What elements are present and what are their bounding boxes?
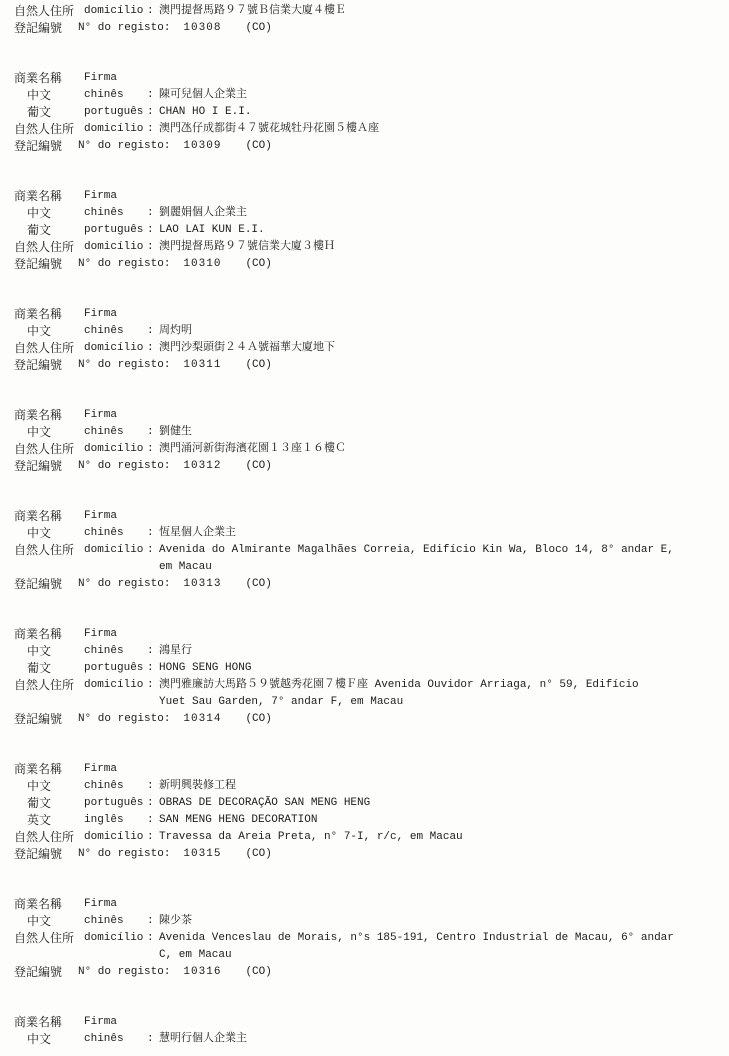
domicile-label-pt: domicílio bbox=[84, 542, 147, 559]
registry-label-pt: N° do registo: bbox=[78, 458, 170, 475]
domicile-label-pt: domicílio bbox=[84, 829, 147, 846]
registry-number: 10315 bbox=[183, 846, 221, 863]
portuguese-label-pt: português bbox=[84, 795, 147, 812]
domicile-label-pt: domicílio bbox=[84, 340, 147, 357]
domicile-value: Travessa da Areia Preta, n° 7-I, r/c, em… bbox=[159, 829, 721, 846]
registry-label-zh: 登記編號 bbox=[14, 846, 78, 863]
registry-entry-10313: 商業名稱 Firma 中文 chinês : 恆星個人企業主 自然人住所 dom… bbox=[14, 508, 721, 593]
firma-label-pt: Firma bbox=[84, 70, 147, 87]
chinese-name-row: 中文 chinês : 周灼明 bbox=[14, 323, 721, 340]
firma-label-zh: 商業名稱 bbox=[14, 306, 84, 323]
domicile-row: 自然人住所 domicílio : 澳門沙梨頭街２４Ａ號福華大廈地下 bbox=[14, 340, 721, 357]
registry-number-row: 登記編號 N° do registo: 10315 (CO) bbox=[14, 846, 721, 863]
registry-entry-10316: 商業名稱 Firma 中文 chinês : 陳少茶 自然人住所 domicíl… bbox=[14, 896, 721, 981]
portuguese-name-value: OBRAS DE DECORAÇÃO SAN MENG HENG bbox=[159, 795, 721, 812]
registry-label-zh: 登記編號 bbox=[14, 138, 78, 155]
firma-row: 商業名稱 Firma bbox=[14, 306, 721, 323]
colon: : bbox=[147, 121, 159, 138]
colon: : bbox=[147, 795, 159, 812]
registry-number: 10314 bbox=[183, 711, 221, 728]
colon: : bbox=[147, 829, 159, 846]
chinese-label-zh: 中文 bbox=[14, 643, 84, 660]
firma-row: 商業名稱 Firma bbox=[14, 626, 721, 643]
domicile-label-pt: domicílio bbox=[84, 3, 147, 20]
portuguese-name-row: 葡文 português : LAO LAI KUN E.I. bbox=[14, 222, 721, 239]
chinese-label-zh: 中文 bbox=[14, 525, 84, 542]
chinese-label-pt: chinês bbox=[84, 323, 147, 340]
domicile-value: 澳門沙梨頭街２４Ａ號福華大廈地下 bbox=[159, 340, 721, 357]
domicile-value: 澳門雅廉訪大馬路５９號越秀花園７樓Ｆ座 Avenida Ouvidor Arri… bbox=[159, 677, 721, 711]
firma-label-pt: Firma bbox=[84, 761, 147, 778]
chinese-label-pt: chinês bbox=[84, 525, 147, 542]
firma-label-pt: Firma bbox=[84, 407, 147, 424]
registry-label-zh: 登記編號 bbox=[14, 964, 78, 981]
firma-label-zh: 商業名稱 bbox=[14, 70, 84, 87]
english-name-value: SAN MENG HENG DECORATION bbox=[159, 812, 721, 829]
colon: : bbox=[147, 913, 159, 930]
colon: : bbox=[147, 677, 159, 694]
gazette-page: 自然人住所 domicílio : 澳門提督馬路９７號Ｂ信業大廈４樓Ｅ 登記編號… bbox=[0, 0, 729, 1056]
registry-number-row: 登記編號 N° do registo: 10313 (CO) bbox=[14, 576, 721, 593]
domicile-row: 自然人住所 domicílio : 澳門涌河新街海濱花園１３座１６樓Ｃ bbox=[14, 441, 721, 458]
chinese-name-value: 劉麗娟個人企業主 bbox=[159, 205, 721, 222]
registry-label-pt: N° do registo: bbox=[78, 964, 170, 981]
chinese-label-pt: chinês bbox=[84, 1031, 147, 1048]
domicile-row: 自然人住所 domicílio : Travessa da Areia Pret… bbox=[14, 829, 721, 846]
chinese-name-row: 中文 chinês : 鴻星行 bbox=[14, 643, 721, 660]
chinese-label-pt: chinês bbox=[84, 778, 147, 795]
registry-entry-10315: 商業名稱 Firma 中文 chinês : 新明興裝修工程 葡文 portug… bbox=[14, 761, 721, 863]
colon: : bbox=[147, 812, 159, 829]
chinese-name-value: 陳可兒個人企業主 bbox=[159, 87, 721, 104]
chinese-name-row: 中文 chinês : 劉健生 bbox=[14, 424, 721, 441]
chinese-name-value: 新明興裝修工程 bbox=[159, 778, 721, 795]
registry-number: 10312 bbox=[183, 458, 221, 475]
domicile-label-zh: 自然人住所 bbox=[14, 829, 84, 846]
registry-label-pt: N° do registo: bbox=[78, 256, 170, 273]
colon: : bbox=[147, 930, 159, 947]
colon: : bbox=[147, 1031, 159, 1048]
colon: : bbox=[147, 643, 159, 660]
registry-number-row: 登記編號 N° do registo: 10309 (CO) bbox=[14, 138, 721, 155]
firma-row: 商業名稱 Firma bbox=[14, 508, 721, 525]
domicile-label-zh: 自然人住所 bbox=[14, 677, 84, 694]
registry-entry-10308-continuation: 自然人住所 domicílio : 澳門提督馬路９７號Ｂ信業大廈４樓Ｅ 登記編號… bbox=[14, 3, 721, 37]
firma-label-zh: 商業名稱 bbox=[14, 1014, 84, 1031]
portuguese-name-value: HONG SENG HONG bbox=[159, 660, 721, 677]
colon: : bbox=[147, 778, 159, 795]
chinese-label-pt: chinês bbox=[84, 205, 147, 222]
registry-number-row: 登記編號 N° do registo: 10316 (CO) bbox=[14, 964, 721, 981]
chinese-label-zh: 中文 bbox=[14, 323, 84, 340]
firma-label-pt: Firma bbox=[84, 306, 147, 323]
colon: : bbox=[147, 3, 159, 20]
registry-label-zh: 登記編號 bbox=[14, 576, 78, 593]
colon: : bbox=[147, 104, 159, 121]
domicile-label-zh: 自然人住所 bbox=[14, 441, 84, 458]
domicile-label-pt: domicílio bbox=[84, 121, 147, 138]
portuguese-name-value: CHAN HO I E.I. bbox=[159, 104, 721, 121]
firma-label-pt: Firma bbox=[84, 188, 147, 205]
colon: : bbox=[147, 205, 159, 222]
chinese-label-pt: chinês bbox=[84, 424, 147, 441]
english-label-pt: inglês bbox=[84, 812, 147, 829]
firma-label-pt: Firma bbox=[84, 626, 147, 643]
registry-suffix: (CO) bbox=[245, 20, 271, 37]
domicile-value: 澳門涌河新街海濱花園１３座１６樓Ｃ bbox=[159, 441, 721, 458]
chinese-label-zh: 中文 bbox=[14, 913, 84, 930]
chinese-label-pt: chinês bbox=[84, 87, 147, 104]
registry-suffix: (CO) bbox=[245, 711, 271, 728]
portuguese-name-row: 葡文 português : OBRAS DE DECORAÇÃO SAN ME… bbox=[14, 795, 721, 812]
chinese-name-row: 中文 chinês : 陳少茶 bbox=[14, 913, 721, 930]
firma-label-zh: 商業名稱 bbox=[14, 761, 84, 778]
domicile-label-zh: 自然人住所 bbox=[14, 542, 84, 559]
chinese-label-zh: 中文 bbox=[14, 424, 84, 441]
registry-label-pt: N° do registo: bbox=[78, 711, 170, 728]
firma-row: 商業名稱 Firma bbox=[14, 1014, 721, 1031]
firma-row: 商業名稱 Firma bbox=[14, 70, 721, 87]
registry-number: 10309 bbox=[183, 138, 221, 155]
registry-suffix: (CO) bbox=[245, 138, 271, 155]
portuguese-label-pt: português bbox=[84, 660, 147, 677]
registry-entry-10314: 商業名稱 Firma 中文 chinês : 鴻星行 葡文 português … bbox=[14, 626, 721, 728]
portuguese-label-zh: 葡文 bbox=[14, 104, 84, 121]
chinese-label-pt: chinês bbox=[84, 913, 147, 930]
firma-row: 商業名稱 Firma bbox=[14, 407, 721, 424]
chinese-name-value: 恆星個人企業主 bbox=[159, 525, 721, 542]
domicile-value: Avenida do Almirante Magalhães Correia, … bbox=[159, 542, 721, 576]
registry-label-pt: N° do registo: bbox=[78, 138, 170, 155]
firma-label-zh: 商業名稱 bbox=[14, 896, 84, 913]
firma-label-zh: 商業名稱 bbox=[14, 188, 84, 205]
colon: : bbox=[147, 87, 159, 104]
portuguese-label-pt: português bbox=[84, 104, 147, 121]
registry-number: 10316 bbox=[183, 964, 221, 981]
portuguese-label-zh: 葡文 bbox=[14, 660, 84, 677]
chinese-name-row: 中文 chinês : 陳可兒個人企業主 bbox=[14, 87, 721, 104]
registry-suffix: (CO) bbox=[245, 846, 271, 863]
colon: : bbox=[147, 424, 159, 441]
registry-number: 10310 bbox=[183, 256, 221, 273]
registry-entry-10309: 商業名稱 Firma 中文 chinês : 陳可兒個人企業主 葡文 portu… bbox=[14, 70, 721, 155]
registry-number: 10313 bbox=[183, 576, 221, 593]
registry-number: 10308 bbox=[183, 20, 221, 37]
registry-entry-10310: 商業名稱 Firma 中文 chinês : 劉麗娟個人企業主 葡文 portu… bbox=[14, 188, 721, 273]
registry-number-row: 登記編號 N° do registo: 10310 (CO) bbox=[14, 256, 721, 273]
domicile-row: 自然人住所 domicílio : 澳門氹仔成都街４７號花城牡丹花園５樓Ａ座 bbox=[14, 121, 721, 138]
firma-row: 商業名稱 Firma bbox=[14, 896, 721, 913]
domicile-label-pt: domicílio bbox=[84, 441, 147, 458]
registry-label-pt: N° do registo: bbox=[78, 576, 170, 593]
domicile-row: 自然人住所 domicílio : Avenida do Almirante M… bbox=[14, 542, 721, 576]
colon: : bbox=[147, 441, 159, 458]
registry-entry-10312: 商業名稱 Firma 中文 chinês : 劉健生 自然人住所 domicíl… bbox=[14, 407, 721, 475]
registry-label-zh: 登記編號 bbox=[14, 256, 78, 273]
firma-row: 商業名稱 Firma bbox=[14, 188, 721, 205]
chinese-name-row: 中文 chinês : 慧明行個人企業主 bbox=[14, 1031, 721, 1048]
chinese-label-pt: chinês bbox=[84, 643, 147, 660]
colon: : bbox=[147, 525, 159, 542]
registry-label-zh: 登記編號 bbox=[14, 357, 78, 374]
colon: : bbox=[147, 340, 159, 357]
colon: : bbox=[147, 222, 159, 239]
domicile-label-zh: 自然人住所 bbox=[14, 3, 84, 20]
portuguese-label-zh: 葡文 bbox=[14, 222, 84, 239]
registry-entry-partial: 商業名稱 Firma 中文 chinês : 慧明行個人企業主 bbox=[14, 1014, 721, 1048]
registry-suffix: (CO) bbox=[245, 576, 271, 593]
registry-number-row: 登記編號 N° do registo: 10308 (CO) bbox=[14, 20, 721, 37]
registry-number: 10311 bbox=[183, 357, 221, 374]
firma-label-zh: 商業名稱 bbox=[14, 626, 84, 643]
firma-row: 商業名稱 Firma bbox=[14, 761, 721, 778]
chinese-label-zh: 中文 bbox=[14, 205, 84, 222]
portuguese-label-zh: 葡文 bbox=[14, 795, 84, 812]
firma-label-pt: Firma bbox=[84, 1014, 147, 1031]
registry-number-row: 登記編號 N° do registo: 10311 (CO) bbox=[14, 357, 721, 374]
firma-label-pt: Firma bbox=[84, 508, 147, 525]
registry-suffix: (CO) bbox=[245, 964, 271, 981]
domicile-label-pt: domicílio bbox=[84, 677, 147, 694]
colon: : bbox=[147, 239, 159, 256]
registry-label-pt: N° do registo: bbox=[78, 20, 170, 37]
registry-label-pt: N° do registo: bbox=[78, 846, 170, 863]
domicile-label-zh: 自然人住所 bbox=[14, 121, 84, 138]
english-label-zh: 英文 bbox=[14, 812, 84, 829]
domicile-row: 自然人住所 domicílio : 澳門雅廉訪大馬路５９號越秀花園７樓Ｆ座 Av… bbox=[14, 677, 721, 711]
domicile-label-zh: 自然人住所 bbox=[14, 340, 84, 357]
registry-entry-10311: 商業名稱 Firma 中文 chinês : 周灼明 自然人住所 domicíl… bbox=[14, 306, 721, 374]
chinese-name-value: 陳少茶 bbox=[159, 913, 721, 930]
colon: : bbox=[147, 660, 159, 677]
colon: : bbox=[147, 542, 159, 559]
chinese-name-value: 慧明行個人企業主 bbox=[159, 1031, 721, 1048]
registry-suffix: (CO) bbox=[245, 357, 271, 374]
domicile-value: 澳門提督馬路９７號信業大廈３樓Ｈ bbox=[159, 239, 721, 256]
chinese-name-value: 鴻星行 bbox=[159, 643, 721, 660]
domicile-value: 澳門氹仔成都街４７號花城牡丹花園５樓Ａ座 bbox=[159, 121, 721, 138]
chinese-label-zh: 中文 bbox=[14, 1031, 84, 1048]
registry-suffix: (CO) bbox=[245, 458, 271, 475]
domicile-row: 自然人住所 domicílio : 澳門提督馬路９７號Ｂ信業大廈４樓Ｅ bbox=[14, 3, 721, 20]
english-name-row: 英文 inglês : SAN MENG HENG DECORATION bbox=[14, 812, 721, 829]
registry-number-row: 登記編號 N° do registo: 10312 (CO) bbox=[14, 458, 721, 475]
registry-number-row: 登記編號 N° do registo: 10314 (CO) bbox=[14, 711, 721, 728]
domicile-value: Avenida Venceslau de Morais, n°s 185-191… bbox=[159, 930, 721, 964]
chinese-name-value: 劉健生 bbox=[159, 424, 721, 441]
registry-label-zh: 登記編號 bbox=[14, 20, 78, 37]
portuguese-label-pt: português bbox=[84, 222, 147, 239]
registry-label-zh: 登記編號 bbox=[14, 458, 78, 475]
firma-label-zh: 商業名稱 bbox=[14, 508, 84, 525]
domicile-row: 自然人住所 domicílio : 澳門提督馬路９７號信業大廈３樓Ｈ bbox=[14, 239, 721, 256]
domicile-row: 自然人住所 domicílio : Avenida Venceslau de M… bbox=[14, 930, 721, 964]
chinese-name-value: 周灼明 bbox=[159, 323, 721, 340]
domicile-label-pt: domicílio bbox=[84, 930, 147, 947]
portuguese-name-row: 葡文 português : HONG SENG HONG bbox=[14, 660, 721, 677]
chinese-name-row: 中文 chinês : 劉麗娟個人企業主 bbox=[14, 205, 721, 222]
domicile-label-pt: domicílio bbox=[84, 239, 147, 256]
registry-label-zh: 登記編號 bbox=[14, 711, 78, 728]
domicile-label-zh: 自然人住所 bbox=[14, 239, 84, 256]
chinese-name-row: 中文 chinês : 新明興裝修工程 bbox=[14, 778, 721, 795]
chinese-name-row: 中文 chinês : 恆星個人企業主 bbox=[14, 525, 721, 542]
portuguese-name-value: LAO LAI KUN E.I. bbox=[159, 222, 721, 239]
firma-label-zh: 商業名稱 bbox=[14, 407, 84, 424]
registry-label-pt: N° do registo: bbox=[78, 357, 170, 374]
portuguese-name-row: 葡文 português : CHAN HO I E.I. bbox=[14, 104, 721, 121]
chinese-label-zh: 中文 bbox=[14, 778, 84, 795]
domicile-value: 澳門提督馬路９７號Ｂ信業大廈４樓Ｅ bbox=[159, 3, 721, 20]
colon: : bbox=[147, 323, 159, 340]
domicile-label-zh: 自然人住所 bbox=[14, 930, 84, 947]
firma-label-pt: Firma bbox=[84, 896, 147, 913]
chinese-label-zh: 中文 bbox=[14, 87, 84, 104]
registry-suffix: (CO) bbox=[245, 256, 271, 273]
